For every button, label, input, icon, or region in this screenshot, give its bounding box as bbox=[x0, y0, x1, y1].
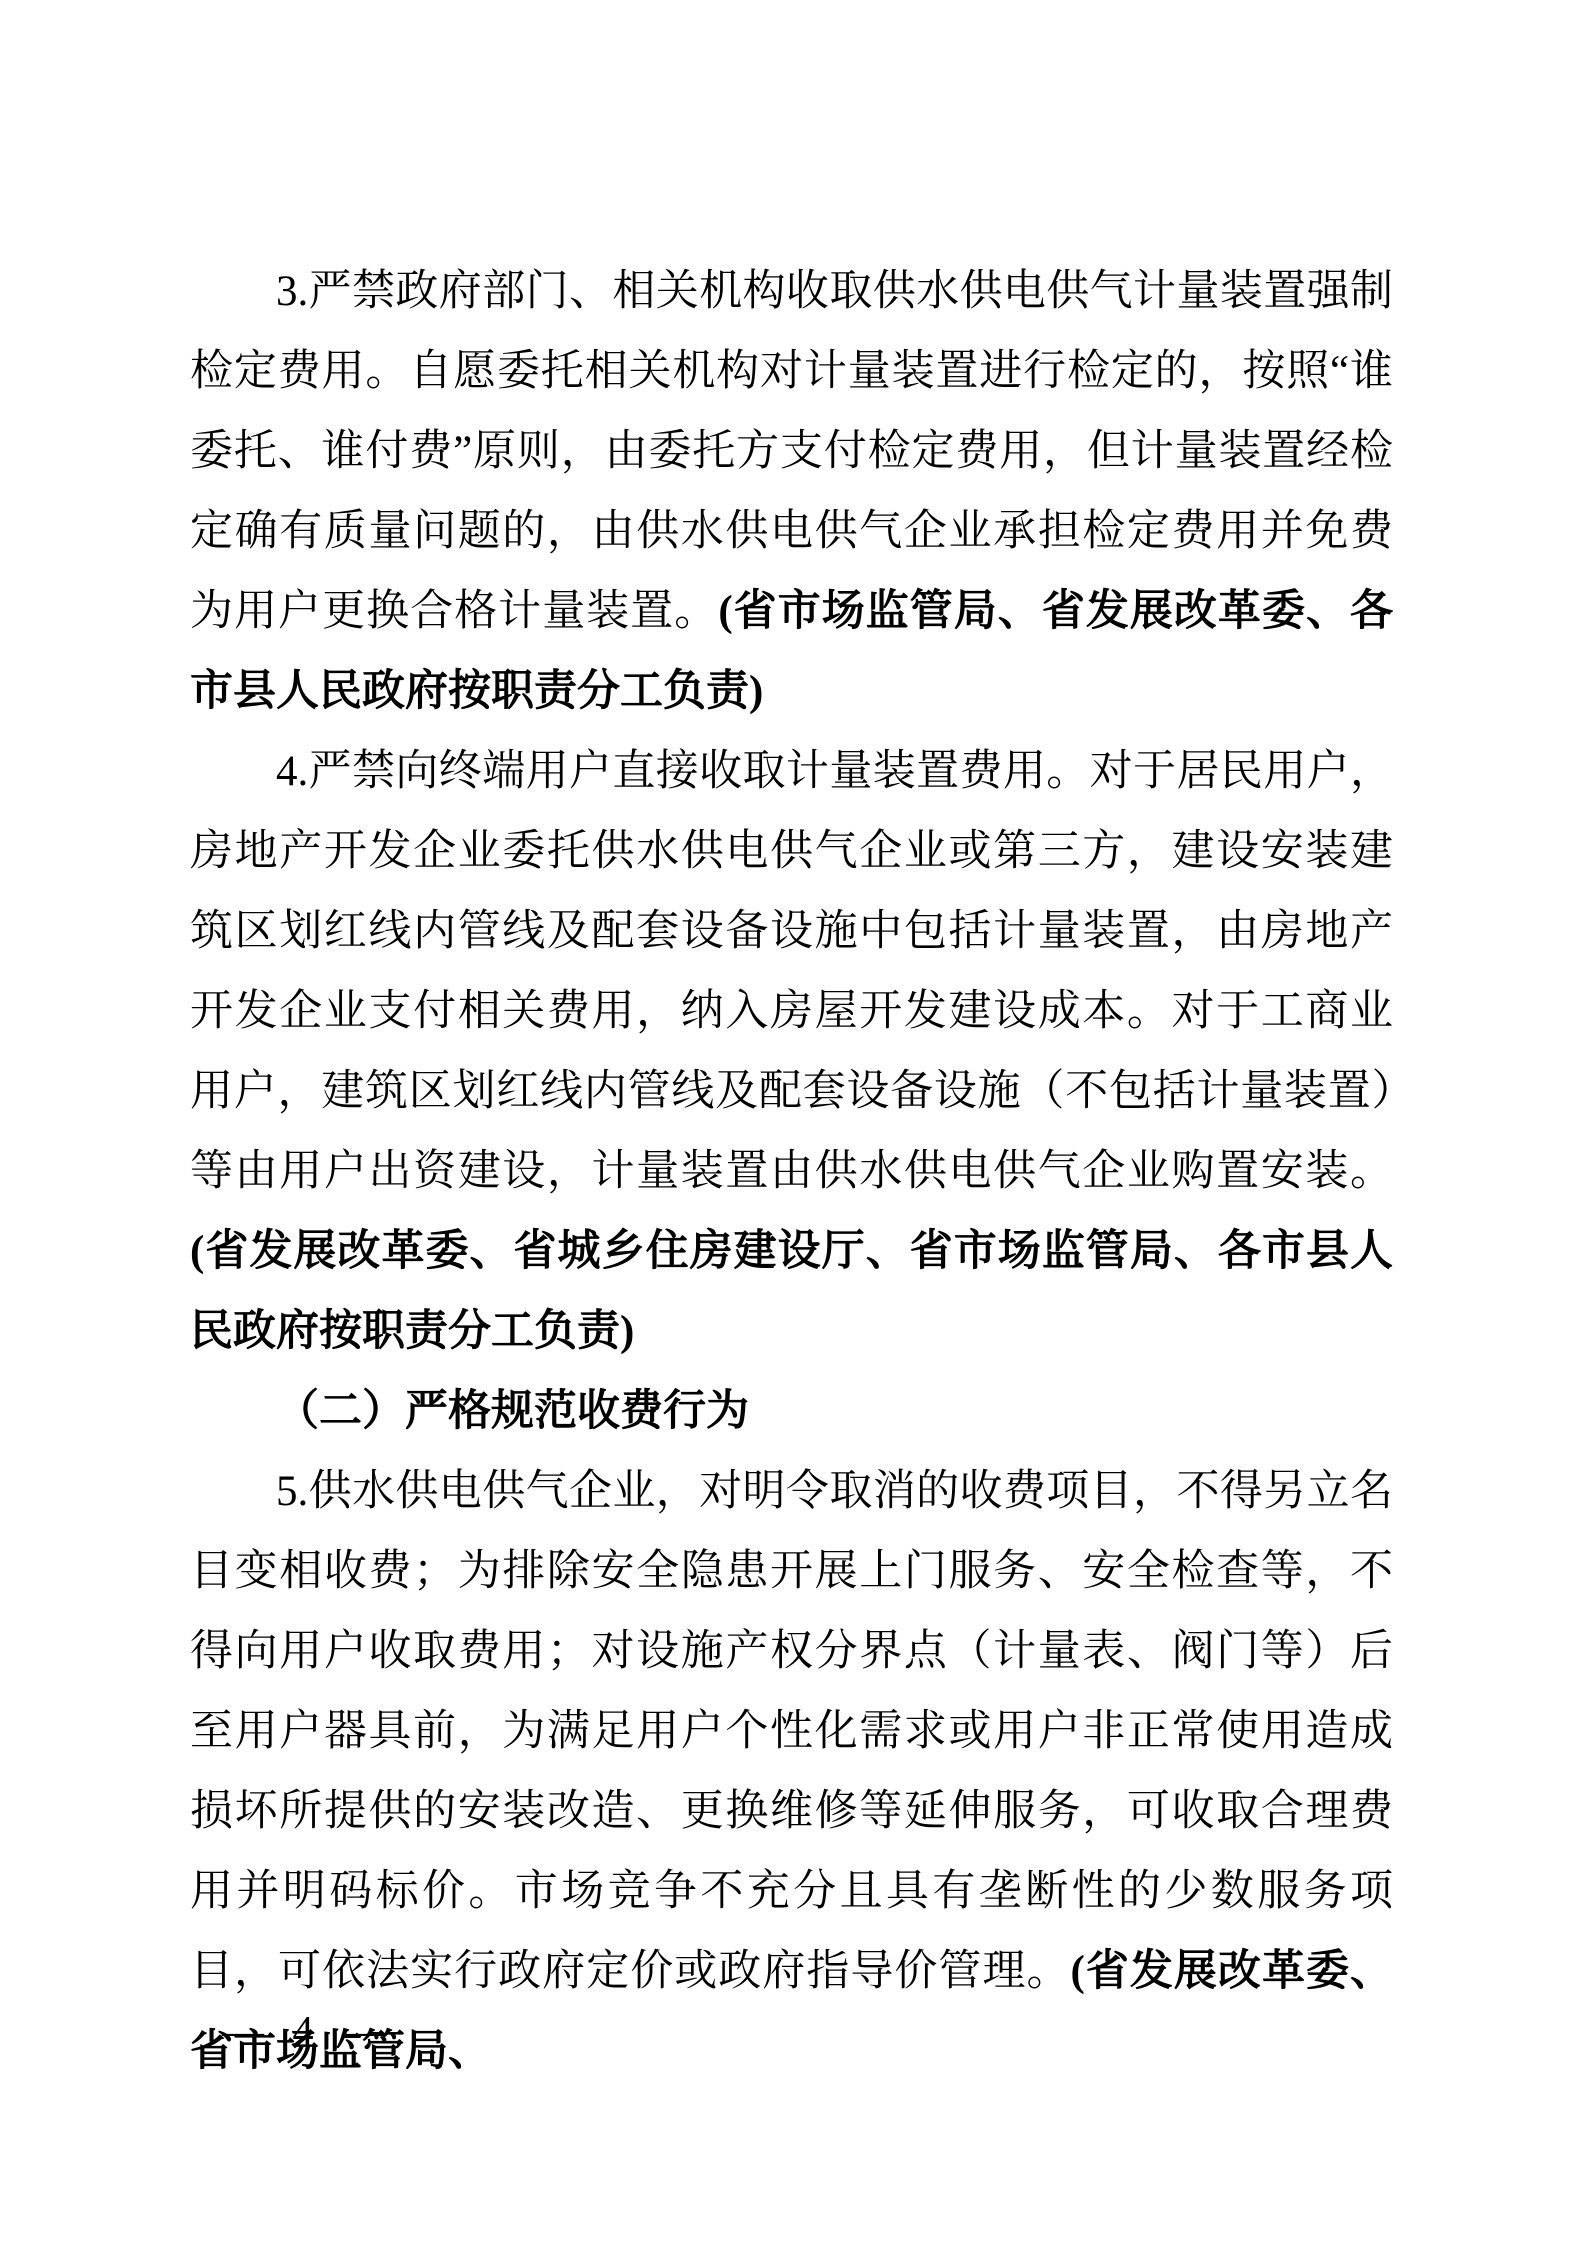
paragraph-item-5: 5.供水供电供气企业，对明令取消的收费项目，不得另立名目变相收费；为排除安全隐患… bbox=[190, 1452, 1393, 2092]
paragraph-item-3: 3.严禁政府部门、相关机构收取供水供电供气计量装置强制检定费用。自愿委托相关机构… bbox=[190, 252, 1393, 732]
page-number: — 4 — bbox=[222, 2004, 384, 2060]
paragraph-5-text: 5.供水供电供气企业，对明令取消的收费项目，不得另立名目变相收费；为排除安全隐患… bbox=[190, 1468, 1393, 1995]
paragraph-4-responsibility-clause: (省发展改革委、省城乡住房建设厅、省市场监管局、各市县人民政府按职责分工负责) bbox=[190, 1228, 1393, 1355]
paragraph-3-text: 3.严禁政府部门、相关机构收取供水供电供气计量装置强制检定费用。自愿委托相关机构… bbox=[190, 268, 1393, 635]
paragraph-item-4: 4.严禁向终端用户直接收取计量装置费用。对于居民用户，房地产开发企业委托供水供电… bbox=[190, 732, 1393, 1372]
paragraph-4-text: 4.严禁向终端用户直接收取计量装置费用。对于居民用户，房地产开发企业委托供水供电… bbox=[190, 748, 1393, 1195]
document-body: 3.严禁政府部门、相关机构收取供水供电供气计量装置强制检定费用。自愿委托相关机构… bbox=[190, 252, 1393, 2092]
document-page: 3.严禁政府部门、相关机构收取供水供电供气计量装置强制检定费用。自愿委托相关机构… bbox=[0, 0, 1586, 2244]
section-heading-2: （二）严格规范收费行为 bbox=[190, 1372, 1393, 1452]
